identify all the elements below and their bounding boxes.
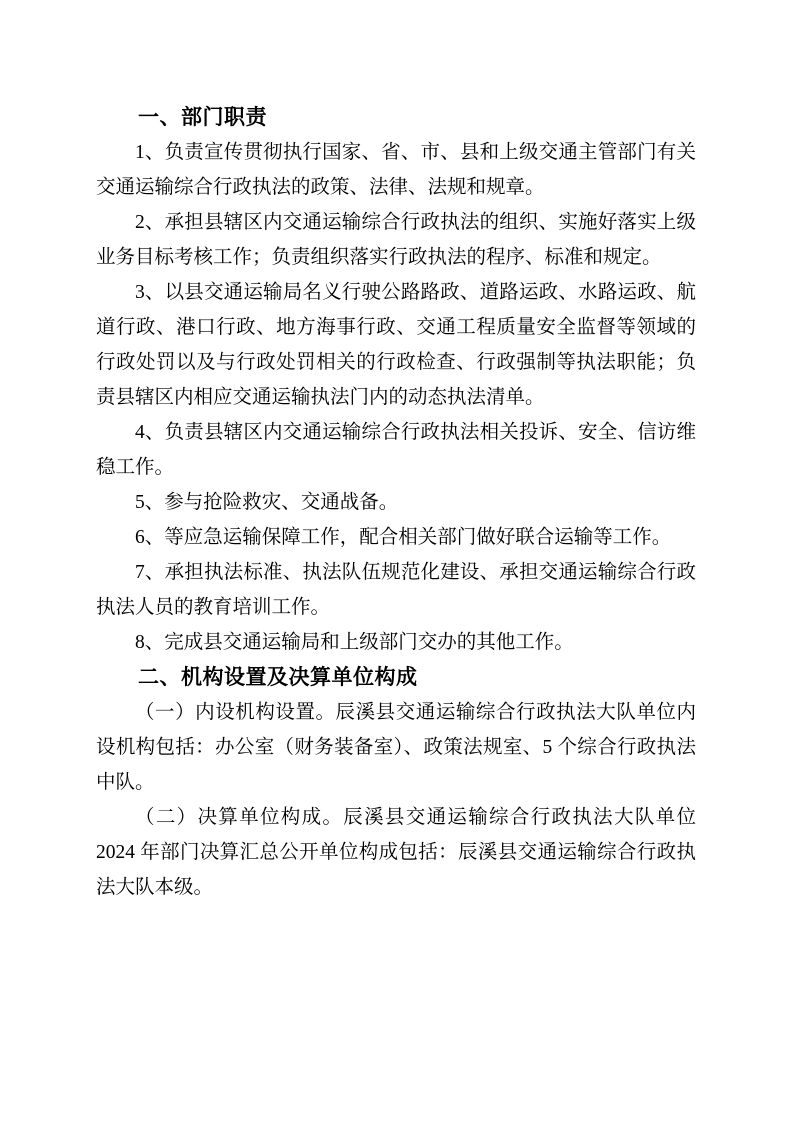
duty-paragraph-1: 1、负责宣传贯彻执行国家、省、市、县和上级交通主管部门有关交通运输综合行政执法的…	[96, 135, 696, 205]
unit-composition-paragraph: （二）决算单位构成。辰溪县交通运输综合行政执法大队单位 2024 年部门决算汇总…	[96, 800, 696, 905]
duty-paragraph-5: 5、参与抢险救灾、交通战备。	[96, 485, 696, 520]
document-page: 一、部门职责 1、负责宣传贯彻执行国家、省、市、县和上级交通主管部门有关交通运输…	[0, 0, 793, 1122]
document-body: 一、部门职责 1、负责宣传贯彻执行国家、省、市、县和上级交通主管部门有关交通运输…	[96, 100, 696, 905]
duty-paragraph-8: 8、完成县交通运输局和上级部门交办的其他工作。	[96, 625, 696, 660]
duty-paragraph-3: 3、以县交通运输局名义行驶公路路政、道路运政、水路运政、航道行政、港口行政、地方…	[96, 275, 696, 415]
duty-paragraph-7: 7、承担执法标准、执法队伍规范化建设、承担交通运输综合行政执法人员的教育培训工作…	[96, 555, 696, 625]
section-2-heading: 二、机构设置及决算单位构成	[96, 660, 696, 695]
duty-paragraph-6: 6、等应急运输保障工作，配合相关部门做好联合运输等工作。	[96, 520, 696, 555]
duty-paragraph-4: 4、负责县辖区内交通运输综合行政执法相关投诉、安全、信访维稳工作。	[96, 415, 696, 485]
internal-org-paragraph: （一）内设机构设置。辰溪县交通运输综合行政执法大队单位内设机构包括：办公室（财务…	[96, 695, 696, 800]
section-1-heading: 一、部门职责	[96, 100, 696, 135]
duty-paragraph-2: 2、承担县辖区内交通运输综合行政执法的组织、实施好落实上级业务目标考核工作；负责…	[96, 205, 696, 275]
